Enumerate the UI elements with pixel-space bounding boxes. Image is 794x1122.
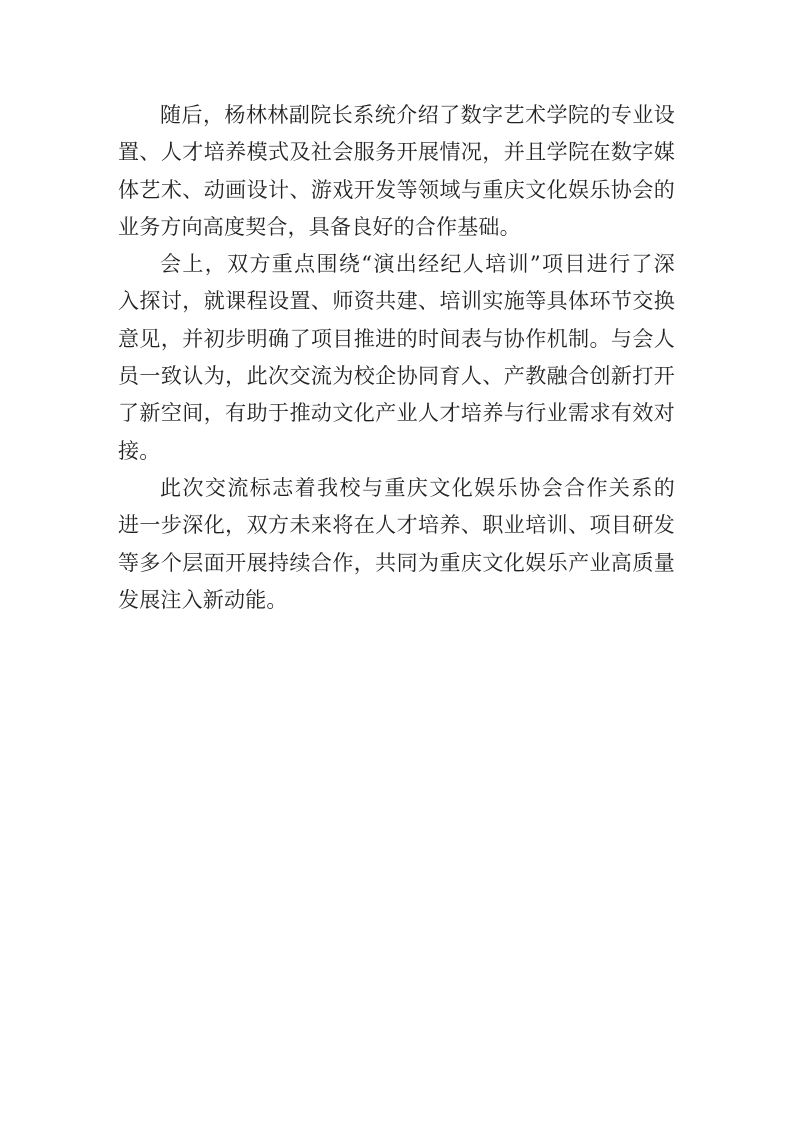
text-line: 等多个层面开展持续合作，共同为重庆文化娱乐产业高质量 bbox=[118, 545, 675, 582]
text-line: 业务方向高度契合，具备良好的合作基础。 bbox=[118, 209, 675, 246]
text-line: 员一致认为，此次交流为校企协同育人、产教融合创新打开 bbox=[118, 358, 675, 395]
text-line: 了新空间，有助于推动文化产业人才培养与行业需求有效对 bbox=[118, 395, 675, 432]
text-line: 会上，双方重点围绕“演出经纪人培训”项目进行了深 bbox=[118, 246, 675, 283]
text-line: 入探讨，就课程设置、师资共建、培训实施等具体环节交换 bbox=[118, 283, 675, 320]
text-line: 进一步深化，双方未来将在人才培养、职业培训、项目研发 bbox=[118, 507, 675, 544]
paragraph-1: 随后，杨林林副院长系统介绍了数字艺术学院的专业设 置、人才培养模式及社会服务开展… bbox=[118, 97, 675, 246]
document-body: 随后，杨林林副院长系统介绍了数字艺术学院的专业设 置、人才培养模式及社会服务开展… bbox=[118, 97, 675, 619]
text-line: 随后，杨林林副院长系统介绍了数字艺术学院的专业设 bbox=[118, 97, 675, 134]
document-page: 随后，杨林林副院长系统介绍了数字艺术学院的专业设 置、人才培养模式及社会服务开展… bbox=[0, 0, 794, 1122]
text-line: 此次交流标志着我校与重庆文化娱乐协会合作关系的 bbox=[118, 470, 675, 507]
text-line: 意见，并初步明确了项目推进的时间表与协作机制。与会人 bbox=[118, 321, 675, 358]
text-line: 发展注入新动能。 bbox=[118, 582, 675, 619]
text-line: 置、人才培养模式及社会服务开展情况，并且学院在数字媒 bbox=[118, 134, 675, 171]
text-line: 接。 bbox=[118, 433, 675, 470]
paragraph-2: 会上，双方重点围绕“演出经纪人培训”项目进行了深 入探讨，就课程设置、师资共建、… bbox=[118, 246, 675, 470]
paragraph-3: 此次交流标志着我校与重庆文化娱乐协会合作关系的 进一步深化，双方未来将在人才培养… bbox=[118, 470, 675, 619]
text-line: 体艺术、动画设计、游戏开发等领域与重庆文化娱乐协会的 bbox=[118, 172, 675, 209]
